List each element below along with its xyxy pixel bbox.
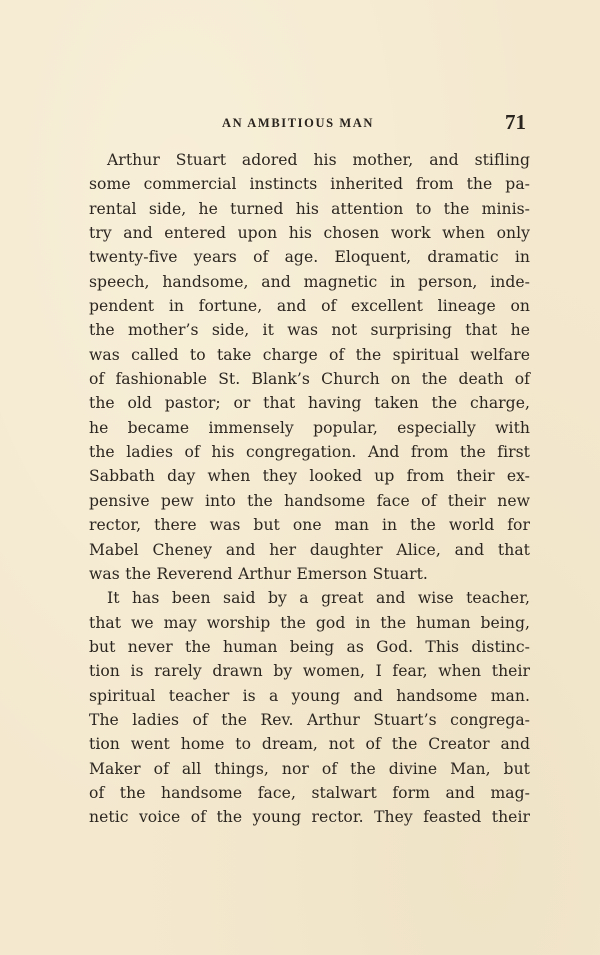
text-line: was called to take charge of the spiritu… [89,343,530,367]
text-line: twenty-five years of age. Eloquent, dram… [89,245,530,269]
text-line: some commercial instincts inherited from… [89,172,530,196]
text-line: The ladies of the Rev. Arthur Stuart’s c… [89,708,530,732]
text-line: the ladies of his congregation. And from… [89,440,530,464]
text-line: the mother’s side, it was not surprising… [89,318,530,342]
paragraph-2: It has been said by a great and wise tea… [89,586,530,829]
running-head: AN AMBITIOUS MAN 71 [90,110,530,134]
text-line: was the Reverend Arthur Emerson Stuart. [89,562,530,586]
text-line: Maker of all things, nor of the divine M… [89,757,530,781]
text-line: of fashionable St. Blank’s Church on the… [89,367,530,391]
running-title: AN AMBITIOUS MAN [222,116,374,131]
text-line: that we may worship the god in the human… [89,611,530,635]
text-line: Sabbath day when they looked up from the… [89,464,530,488]
text-line: speech, handsome, and magnetic in person… [89,270,530,294]
text-line: the old pastor; or that having taken the… [89,391,530,415]
text-line: he became immensely popular, especially … [89,416,530,440]
text-line: Mabel Cheney and her daughter Alice, and… [89,538,530,562]
text-line: rector, there was but one man in the wor… [89,513,530,537]
text-line: rental side, he turned his attention to … [89,197,530,221]
text-line: but never the human being as God. This d… [89,635,530,659]
text-line: spiritual teacher is a young and handsom… [89,684,530,708]
paragraph-1: Arthur Stuart adored his mother, and sti… [89,148,530,586]
text-line: tion went home to dream, not of the Crea… [89,732,530,756]
text-line: Arthur Stuart adored his mother, and sti… [89,148,530,172]
text-line: of the handsome face, stalwart form and … [89,781,530,805]
book-page: AN AMBITIOUS MAN 71 Arthur Stuart adored… [0,0,600,955]
text-line: pensive pew into the handsome face of th… [89,489,530,513]
text-line: pendent in fortune, and of excellent lin… [89,294,530,318]
page-number: 71 [505,110,526,135]
body-text: Arthur Stuart adored his mother, and sti… [89,148,530,830]
text-line: netic voice of the young rector. They fe… [89,805,530,829]
text-line: try and entered upon his chosen work whe… [89,221,530,245]
text-line: It has been said by a great and wise tea… [89,586,530,610]
text-line: tion is rarely drawn by women, I fear, w… [89,659,530,683]
